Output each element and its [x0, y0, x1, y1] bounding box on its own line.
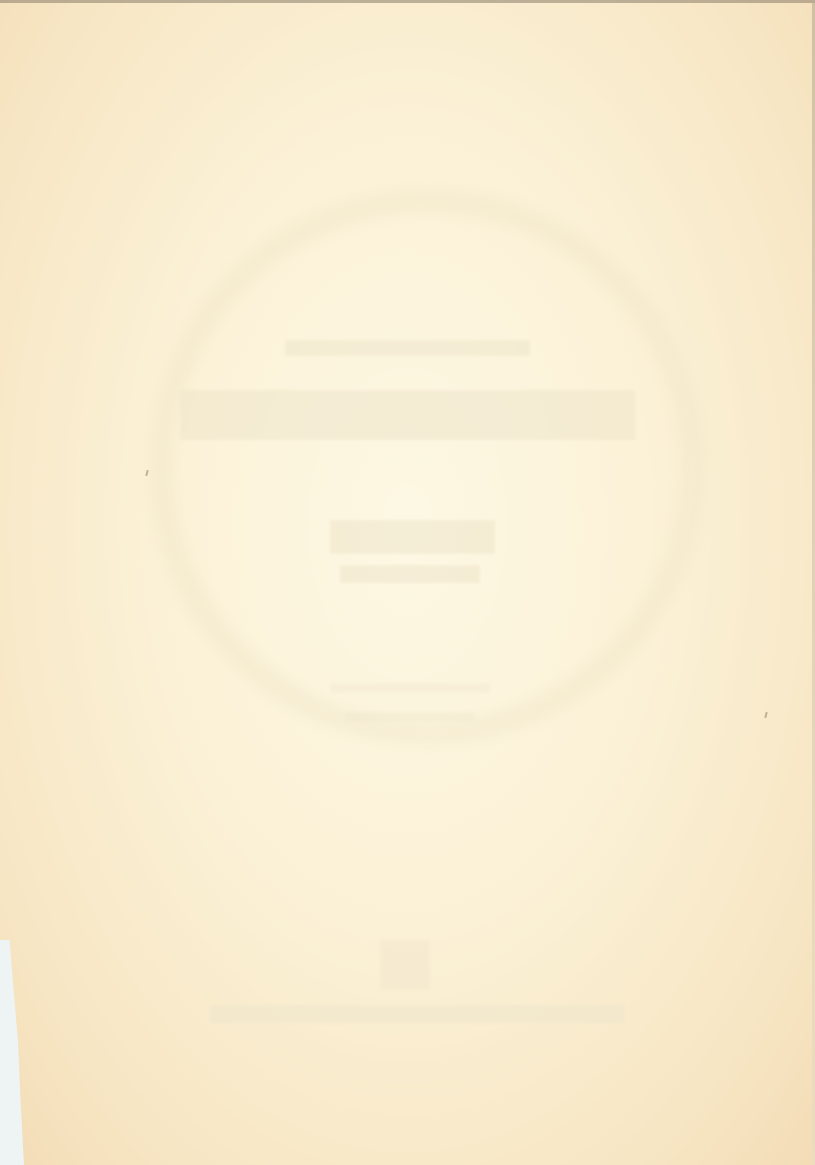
show-through-series-line [285, 340, 530, 356]
show-through-publisher-line [210, 1005, 625, 1023]
paper-speck [145, 470, 148, 476]
book-page [0, 0, 815, 1165]
show-through-caption-2 [345, 712, 475, 722]
torn-left-margin [0, 940, 24, 1165]
show-through-caption-1 [330, 683, 490, 693]
show-through-author [330, 520, 495, 554]
show-through-title [180, 390, 635, 440]
paper-speck [764, 712, 767, 718]
show-through-publisher-logo [380, 940, 430, 990]
page-top-edge [0, 0, 815, 3]
show-through-translator [340, 565, 480, 583]
show-through-circle-decoration [150, 190, 704, 744]
